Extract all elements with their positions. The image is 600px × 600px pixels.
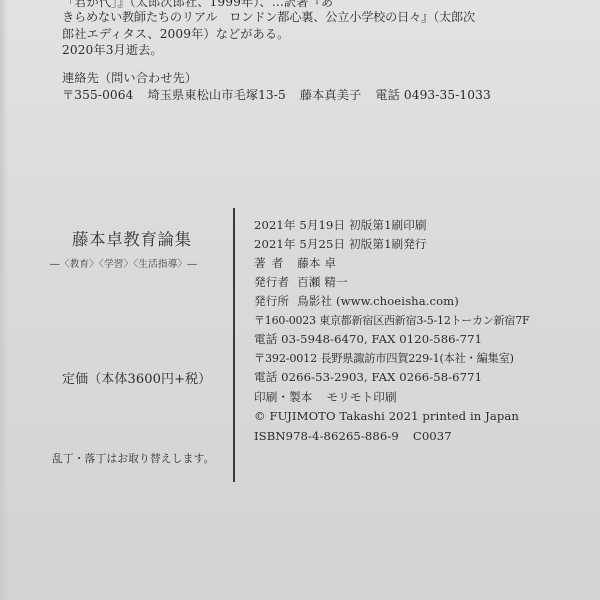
publish-date: 2021年 5月25日 初版第1刷発行 [254,237,427,252]
publisher-person-label: 発行者 [254,275,289,289]
tokyo-phone: 電話 03-5948-6470, FAX 0120-586-771 [254,332,482,347]
publisher-person: 百瀬 精一 [297,275,348,289]
printing-label: 印刷・製本 [254,390,312,404]
printing-line: 印刷・製本モリモト印刷 [254,390,397,405]
author-line: 著者藤本 卓 [254,256,336,271]
author-name: 藤本 卓 [297,256,336,270]
contact-heading: 連絡先（問い合わせ先） [62,70,197,86]
bio-line-4: 2020年3月逝去。 [62,42,163,58]
book-subtitle: ―〈教育〉〈学習〉〈生活指導〉― [50,256,197,270]
contact-phone: 0493-35-1033 [404,88,491,102]
copyright: © FUJIMOTO Takashi 2021 printed in Japan [254,409,519,424]
publisher-line: 発行所鳥影社 (www.choeisha.com) [254,294,459,309]
print-date: 2021年 5月19日 初版第1刷印刷 [254,218,427,233]
bio-line-3: 郎社エディタス、2009年）などがある。 [62,26,289,42]
page-edge-shadow [0,0,8,600]
book-price: 定価（本体3600円+税） [62,368,211,387]
publisher-person-line: 発行者百瀬 精一 [254,275,348,290]
exchange-note: 乱丁・落丁はお取り替えします。 [52,451,215,466]
isbn: ISBN978-4-86265-886-9 [254,429,399,443]
contact-address: 埼玉県東松山市毛塚13-5 [147,88,285,102]
book-colophon-page: 「君が代」』（太郎次郎社、1999年）、…訳著『あ きらめない教師たちのリアル … [0,0,600,600]
c-code: C0037 [413,429,452,443]
publisher-label: 発行所 [254,294,289,308]
contact-line: 〒355-0064埼玉県東松山市毛塚13-5藤本真美子電話 0493-35-10… [62,87,491,103]
bio-line-2: きらめない教師たちのリアル ロンドン都心裏、公立小学校の日々』（太郎次 [62,9,475,25]
contact-phone-label: 電話 [375,88,400,102]
author-label: 著者 [254,256,289,270]
nagano-address: 〒392-0012 長野県諏訪市四賀229-1(本社・編集室) [254,351,514,366]
publisher-name: 鳥影社 (www.choeisha.com) [297,294,459,308]
printer-name: モリモト印刷 [326,390,396,404]
vertical-divider [233,208,235,482]
tokyo-address: 〒160-0023 東京都新宿区西新宿3-5-12トーカン新宿7F [254,313,529,328]
book-title: 藤本卓教育論集 [72,226,192,250]
nagano-phone: 電話 0266-53-2903, FAX 0266-58-6771 [254,370,482,385]
contact-postal: 〒355-0064 [62,88,133,102]
contact-name: 藤本真美子 [300,88,361,102]
isbn-line: ISBN978-4-86265-886-9C0037 [254,429,452,444]
